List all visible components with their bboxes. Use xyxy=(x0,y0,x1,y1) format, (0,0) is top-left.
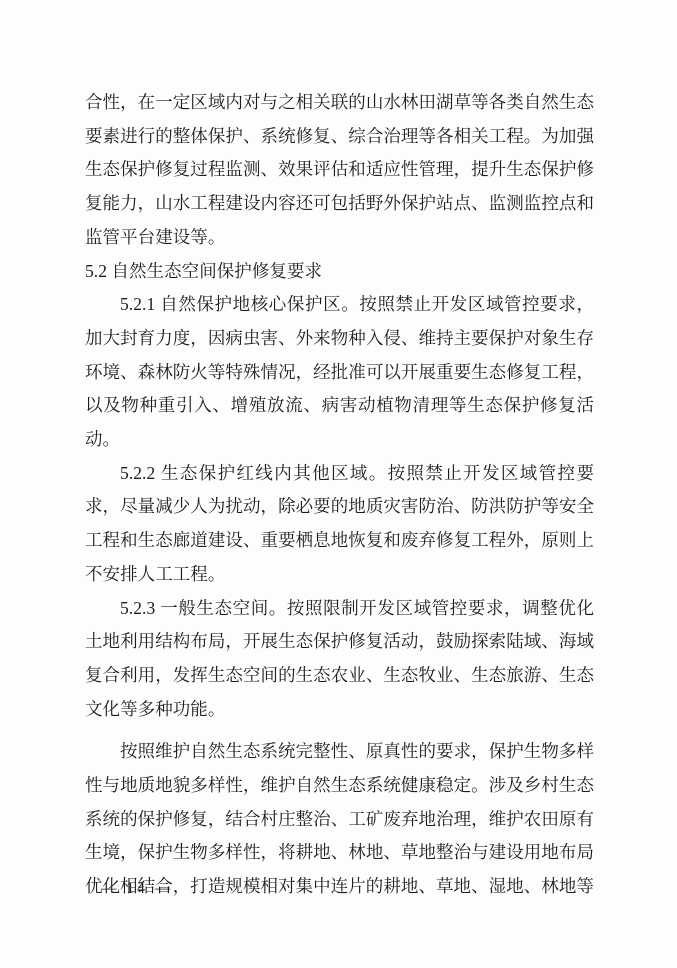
paragraph-5-2-3: 5.2.3 一般生态空间。按照限制开发区域管控要求，调整优化土地利用结构布局，开… xyxy=(85,592,594,727)
text-block: 合性，在一定区域内对与之相关联的山水林田湖草等各类自然生态要素进行的整体保护、系… xyxy=(85,86,594,904)
document-page: 合性，在一定区域内对与之相关联的山水林田湖草等各类自然生态要素进行的整体保护、系… xyxy=(0,0,677,968)
paragraph-continuation: 合性，在一定区域内对与之相关联的山水林田湖草等各类自然生态要素进行的整体保护、系… xyxy=(85,86,594,255)
page-number: — 14 — xyxy=(101,878,173,900)
section-heading-5-2: 5.2 自然生态空间保护修复要求 xyxy=(85,255,594,289)
paragraph-5-2-2: 5.2.2 生态保护红线内其他区域。按照禁止开发区域管控要求，尽量减少人为扰动，… xyxy=(85,457,594,592)
paragraph-5-2-1: 5.2.1 自然保护地核心保护区。按照禁止开发区域管控要求，加大封育力度，因病虫… xyxy=(85,288,594,457)
